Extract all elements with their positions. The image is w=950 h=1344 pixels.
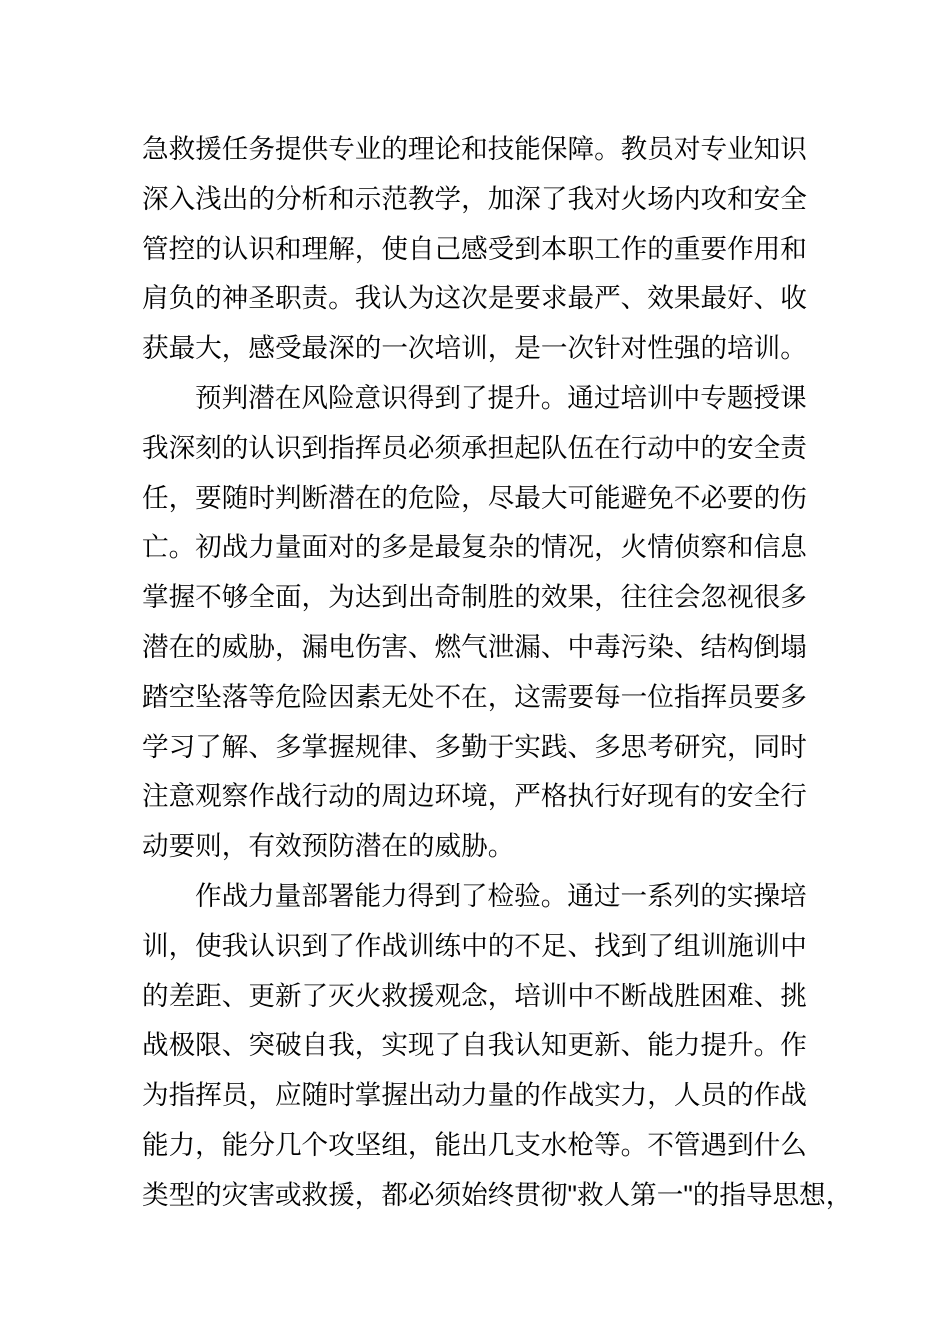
text-line: 作战力量部署能力得到了检验。通过一系列的实操培 [142, 872, 814, 922]
text-line: 类型的灾害或救援，都必须始终贯彻"救人第一"的指导思想， [142, 1171, 814, 1221]
text-line: 战极限、突破自我，实现了自我认知更新、能力提升。作 [142, 1021, 814, 1071]
text-line: 预判潜在风险意识得到了提升。通过培训中专题授课 [142, 374, 814, 424]
text-line: 深入浅出的分析和示范教学，加深了我对火场内攻和安全 [142, 175, 814, 225]
text-line: 学习了解、多掌握规律、多勤于实践、多思考研究，同时 [142, 723, 814, 773]
paragraph: 急救援任务提供专业的理论和技能保障。教员对专业知识深入浅出的分析和示范教学，加深… [142, 125, 814, 374]
text-line: 潜在的威胁，漏电伤害、燃气泄漏、中毒污染、结构倒塌 [142, 623, 814, 673]
text-line: 训，使我认识到了作战训练中的不足、找到了组训施训中 [142, 922, 814, 972]
paragraph: 作战力量部署能力得到了检验。通过一系列的实操培训，使我认识到了作战训练中的不足、… [142, 872, 814, 1221]
text-line: 急救援任务提供专业的理论和技能保障。教员对专业知识 [142, 125, 814, 175]
text-line: 获最大，感受最深的一次培训，是一次针对性强的培训。 [142, 324, 814, 374]
text-line: 亡。初战力量面对的多是最复杂的情况，火情侦察和信息 [142, 523, 814, 573]
text-line: 肩负的神圣职责。我认为这次是要求最严、效果最好、收 [142, 274, 814, 324]
text-line: 踏空坠落等危险因素无处不在，这需要每一位指挥员要多 [142, 673, 814, 723]
document-body: 急救援任务提供专业的理论和技能保障。教员对专业知识深入浅出的分析和示范教学，加深… [142, 125, 814, 1221]
text-line: 掌握不够全面，为达到出奇制胜的效果，往往会忽视很多 [142, 573, 814, 623]
paragraph: 预判潜在风险意识得到了提升。通过培训中专题授课我深刻的认识到指挥员必须承担起队伍… [142, 374, 814, 872]
text-line: 任，要随时判断潜在的危险，尽最大可能避免不必要的伤 [142, 474, 814, 524]
text-line: 为指挥员，应随时掌握出动力量的作战实力，人员的作战 [142, 1071, 814, 1121]
text-line: 管控的认识和理解，使自己感受到本职工作的重要作用和 [142, 225, 814, 275]
text-line: 能力，能分几个攻坚组，能出几支水枪等。不管遇到什么 [142, 1121, 814, 1171]
text-line: 注意观察作战行动的周边环境，严格执行好现有的安全行 [142, 772, 814, 822]
document-page: 急救援任务提供专业的理论和技能保障。教员对专业知识深入浅出的分析和示范教学，加深… [0, 0, 950, 1344]
text-line: 的差距、更新了灭火救援观念，培训中不断战胜困难、挑 [142, 972, 814, 1022]
text-line: 动要则，有效预防潜在的威胁。 [142, 822, 814, 872]
text-line: 我深刻的认识到指挥员必须承担起队伍在行动中的安全责 [142, 424, 814, 474]
